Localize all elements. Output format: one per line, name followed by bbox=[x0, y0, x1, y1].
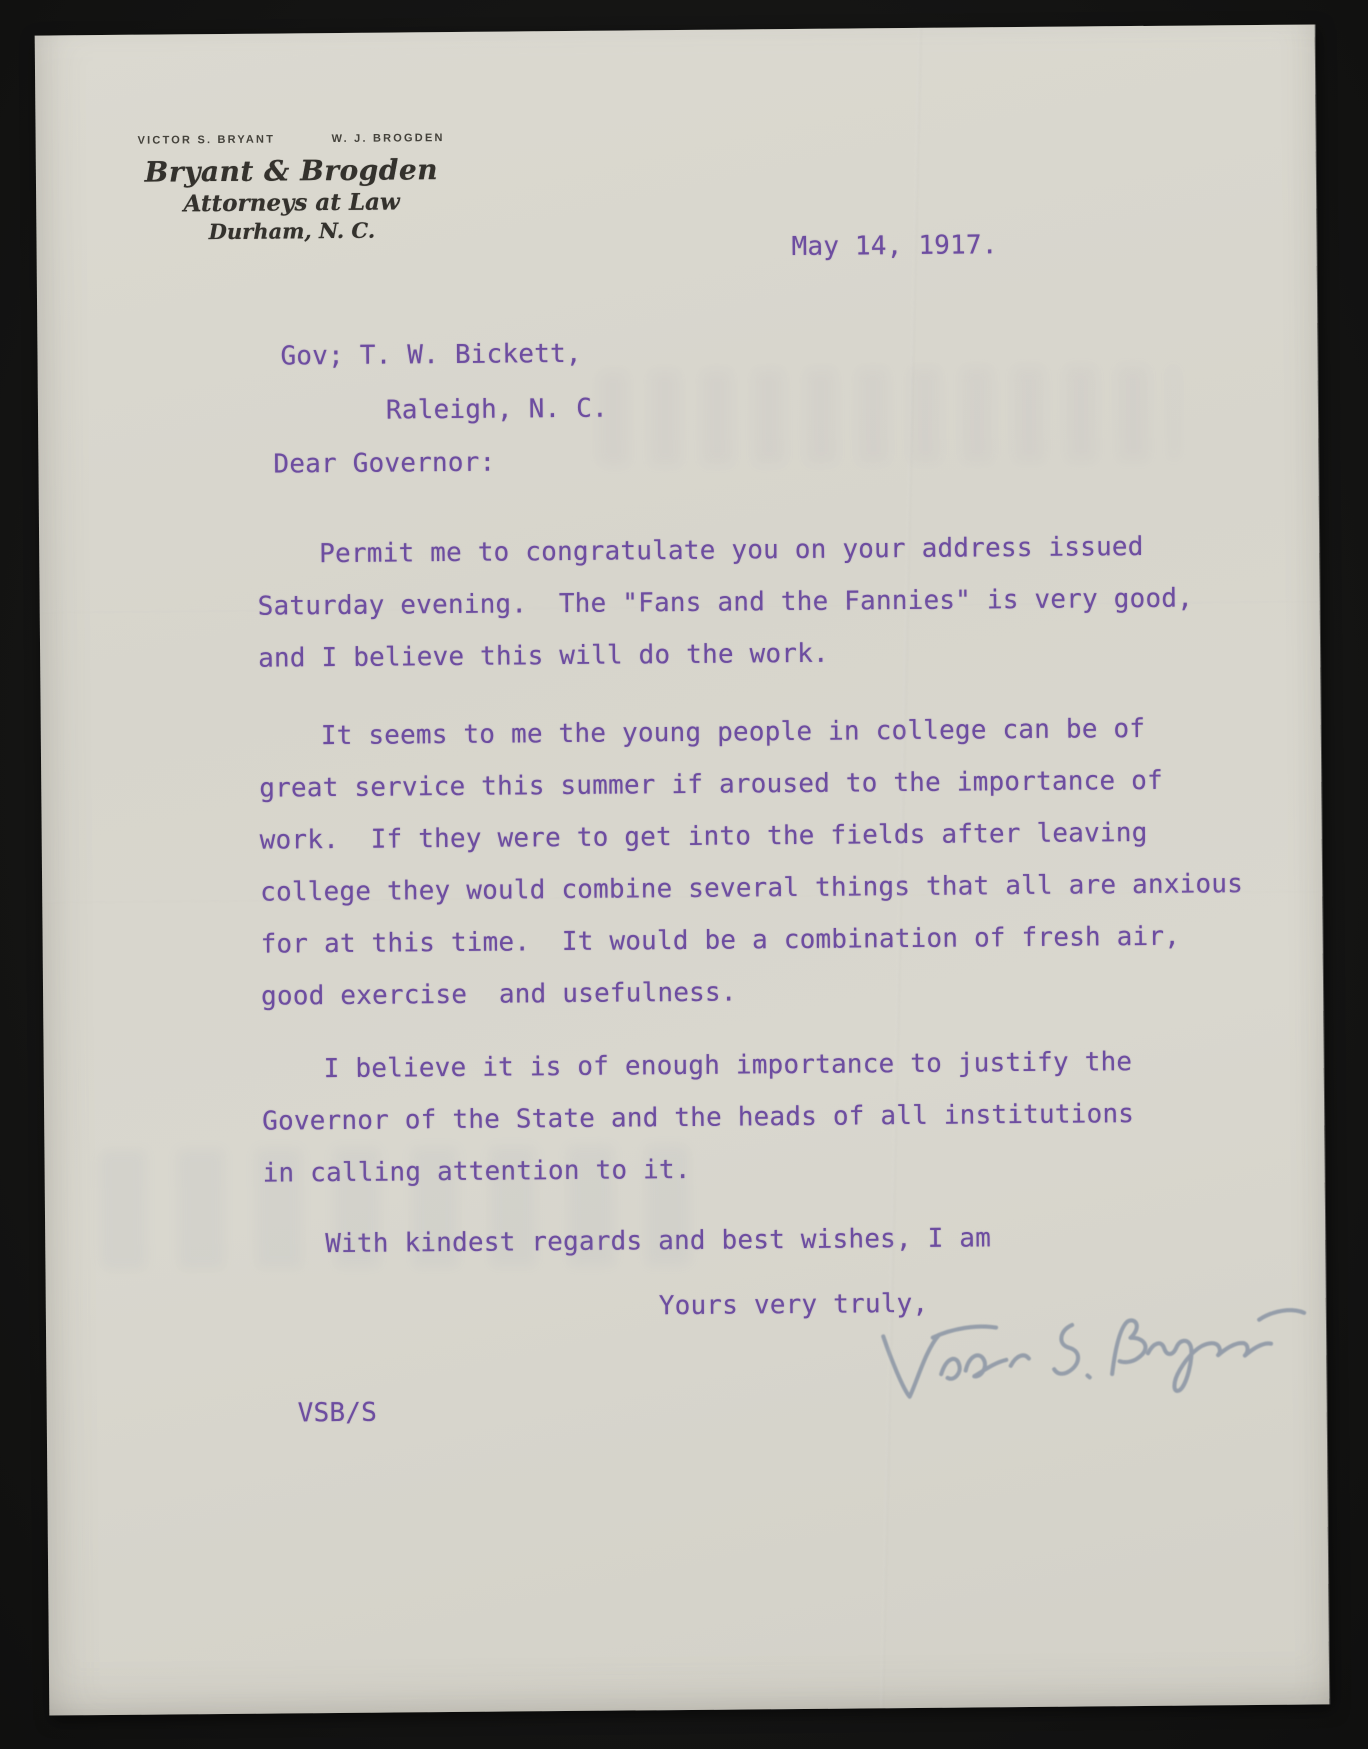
partner-name-left: VICTOR S. BRYANT bbox=[138, 134, 276, 147]
letterhead: VICTOR S. BRYANT W. J. BROGDEN Bryant & … bbox=[124, 132, 460, 245]
body-line: college they would combine several thing… bbox=[260, 858, 1270, 919]
firm-name: Bryant & Brogden bbox=[124, 153, 459, 189]
letter-paper: VICTOR S. BRYANT W. J. BROGDEN Bryant & … bbox=[35, 24, 1330, 1715]
firm-subtitle: Attorneys at Law bbox=[124, 188, 459, 218]
partner-names: VICTOR S. BRYANT W. J. BROGDEN bbox=[124, 132, 459, 147]
firm-location: Durham, N. C. bbox=[124, 217, 459, 245]
body-line: I believe it is of enough importance to … bbox=[261, 1035, 1271, 1096]
body-line: work. If they were to get into the field… bbox=[260, 806, 1270, 867]
reference-initials: VSB/S bbox=[298, 1398, 378, 1429]
paragraph-2: It seems to me the young people in colle… bbox=[259, 702, 1272, 1023]
body-line: great service this summer if aroused to … bbox=[259, 754, 1269, 815]
salutation: Dear Governor: bbox=[273, 448, 495, 480]
bleed-through-smudge-bottom bbox=[99, 1145, 690, 1270]
body-line: for at this time. It would be a combinat… bbox=[260, 910, 1270, 971]
body-line: good exercise and usefulness. bbox=[261, 962, 1271, 1023]
recipient-city: Raleigh, N. C. bbox=[386, 394, 608, 426]
body-line: and I believe this will do the work. bbox=[258, 624, 1268, 685]
body-line: Governor of the State and the heads of a… bbox=[262, 1087, 1272, 1148]
bleed-through-smudge-top bbox=[598, 366, 1179, 466]
body-line: It seems to me the young people in colle… bbox=[259, 702, 1269, 763]
date-line: May 14, 1917. bbox=[791, 230, 997, 262]
partner-name-right: W. J. BROGDEN bbox=[332, 132, 445, 145]
body-line: Permit me to congratulate you on your ad… bbox=[257, 520, 1267, 581]
signature-victor-s-bryant bbox=[869, 1271, 1318, 1430]
recipient-name: Gov; T. W. Bickett, bbox=[280, 339, 581, 372]
scan-background: { "colors": { "background": "#151514", "… bbox=[0, 0, 1368, 1749]
